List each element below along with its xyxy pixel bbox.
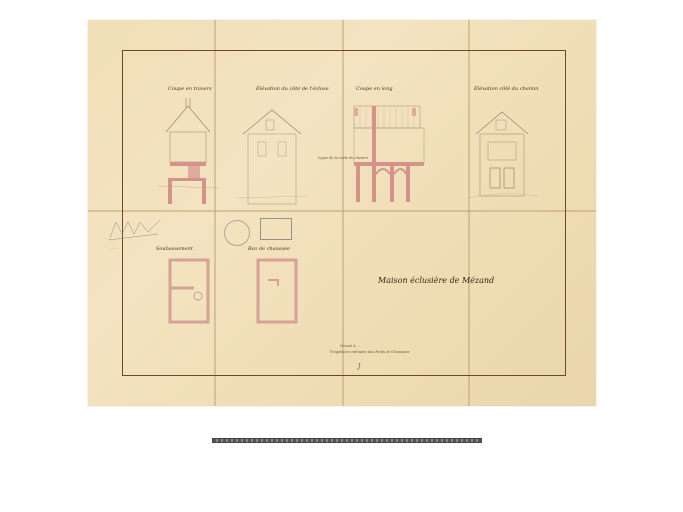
elevation-lock-drawing xyxy=(238,108,308,208)
ground-floor-plan xyxy=(256,258,301,326)
panel-label-rez-chaussee: Rez de chaussée xyxy=(248,246,290,252)
longitudinal-section-drawing xyxy=(350,102,430,207)
document-title: Maison éclusière de Mézand xyxy=(378,276,494,285)
signature-line-2: l'Ingénieur ordinaire des Ponts et Chaus… xyxy=(330,350,409,355)
panel-label-soubassement: Soubassement xyxy=(156,246,193,252)
basement-plan xyxy=(168,258,213,326)
signature-mark: J xyxy=(358,364,360,369)
signature-line-1: Dressé à ... xyxy=(340,344,360,349)
cross-section-drawing xyxy=(158,98,218,208)
panel-label-coupe-travers: Coupe en travers xyxy=(168,86,212,92)
panel-label-elevation-ecluse: Élévation du côté de l'écluse xyxy=(256,86,329,92)
scale-bar xyxy=(212,438,482,443)
drawing-sheet: Coupe en travers Élévation du côté de l'… xyxy=(88,20,596,406)
archive-stamp-box xyxy=(260,218,292,240)
archive-stamp xyxy=(224,220,250,246)
panel-label-coupe-long: Coupe en long xyxy=(356,86,393,92)
panel-label-elevation-chemin: Élévation côté du chemin xyxy=(474,86,538,92)
elevation-road-drawing xyxy=(468,110,538,205)
sketch-note: · · ·· · · · xyxy=(110,242,118,252)
